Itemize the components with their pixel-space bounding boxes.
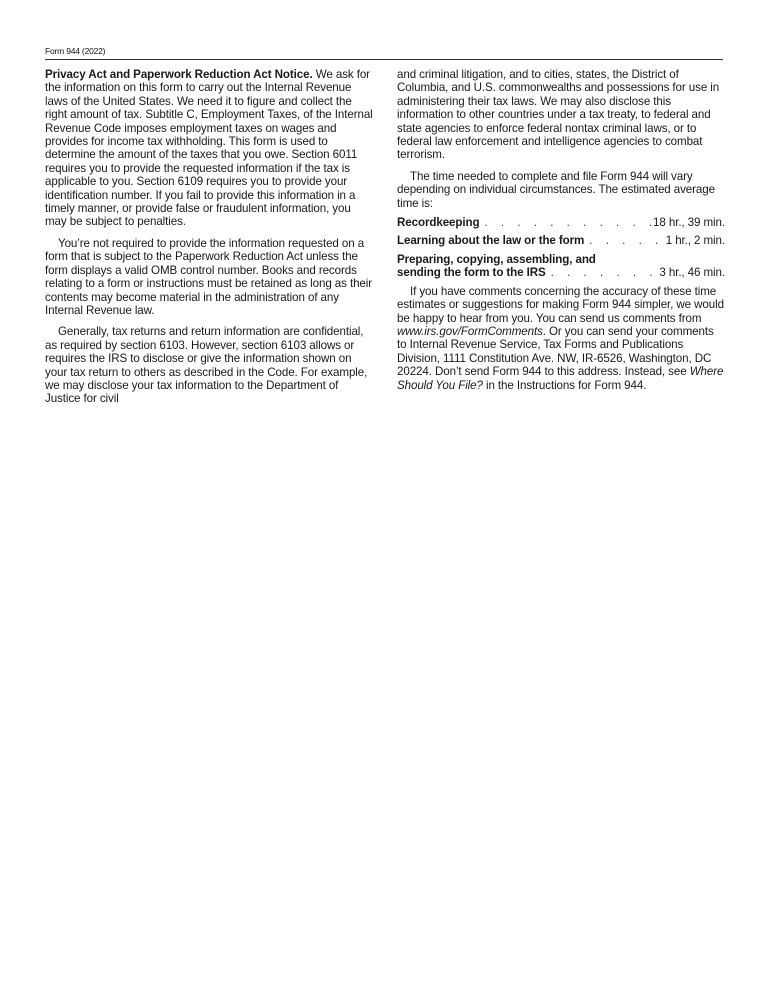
time-estimate-recordkeeping: Recordkeeping . . . . . . . . . . . . . …: [397, 216, 725, 229]
leader-dots: . . . . . . . .: [584, 234, 665, 247]
time-estimate-label-line1: Preparing, copying, assembling, and: [397, 253, 725, 266]
right-column: and criminal litigation, and to cities, …: [397, 68, 725, 400]
form-comments-link[interactable]: www.irs.gov/FormComments: [397, 325, 543, 338]
time-estimate-value: 18 hr., 39 min.: [653, 216, 725, 229]
confidentiality-paragraph: Generally, tax returns and return inform…: [45, 325, 373, 405]
time-estimate-label: sending the form to the IRS: [397, 266, 546, 279]
privacy-notice-paragraph: Privacy Act and Paperwork Reduction Act …: [45, 68, 373, 229]
leader-dots: . . . . . . . . . .: [546, 266, 660, 279]
time-estimate-preparing-row: sending the form to the IRS . . . . . . …: [397, 266, 725, 279]
time-estimate-label: Learning about the law or the form: [397, 234, 584, 247]
form-label: Form 944 (2022): [45, 46, 105, 56]
comments-paragraph: If you have comments concerning the accu…: [397, 285, 725, 392]
notice-title: Privacy Act and Paperwork Reduction Act …: [45, 68, 313, 81]
comments-text-end: in the Instructions for Form 944.: [483, 379, 647, 392]
time-estimate-value: 3 hr., 46 min.: [659, 266, 725, 279]
time-needed-paragraph: The time needed to complete and file For…: [397, 170, 725, 210]
notice-text: We ask for the information on this form …: [45, 68, 373, 228]
omb-paragraph: You’re not required to provide the infor…: [45, 237, 373, 317]
time-estimate-label: Recordkeeping: [397, 216, 479, 229]
time-estimate-preparing: Preparing, copying, assembling, and send…: [397, 253, 725, 280]
time-estimate-learning: Learning about the law or the form . . .…: [397, 234, 725, 247]
time-estimate-value: 1 hr., 2 min.: [666, 234, 725, 247]
left-column: Privacy Act and Paperwork Reduction Act …: [45, 68, 373, 414]
comments-text: If you have comments concerning the accu…: [397, 285, 724, 325]
page-header: Form 944 (2022): [45, 44, 723, 60]
leader-dots: . . . . . . . . . . . . . . . . . .: [479, 216, 653, 229]
disclosure-continued-paragraph: and criminal litigation, and to cities, …: [397, 68, 725, 162]
